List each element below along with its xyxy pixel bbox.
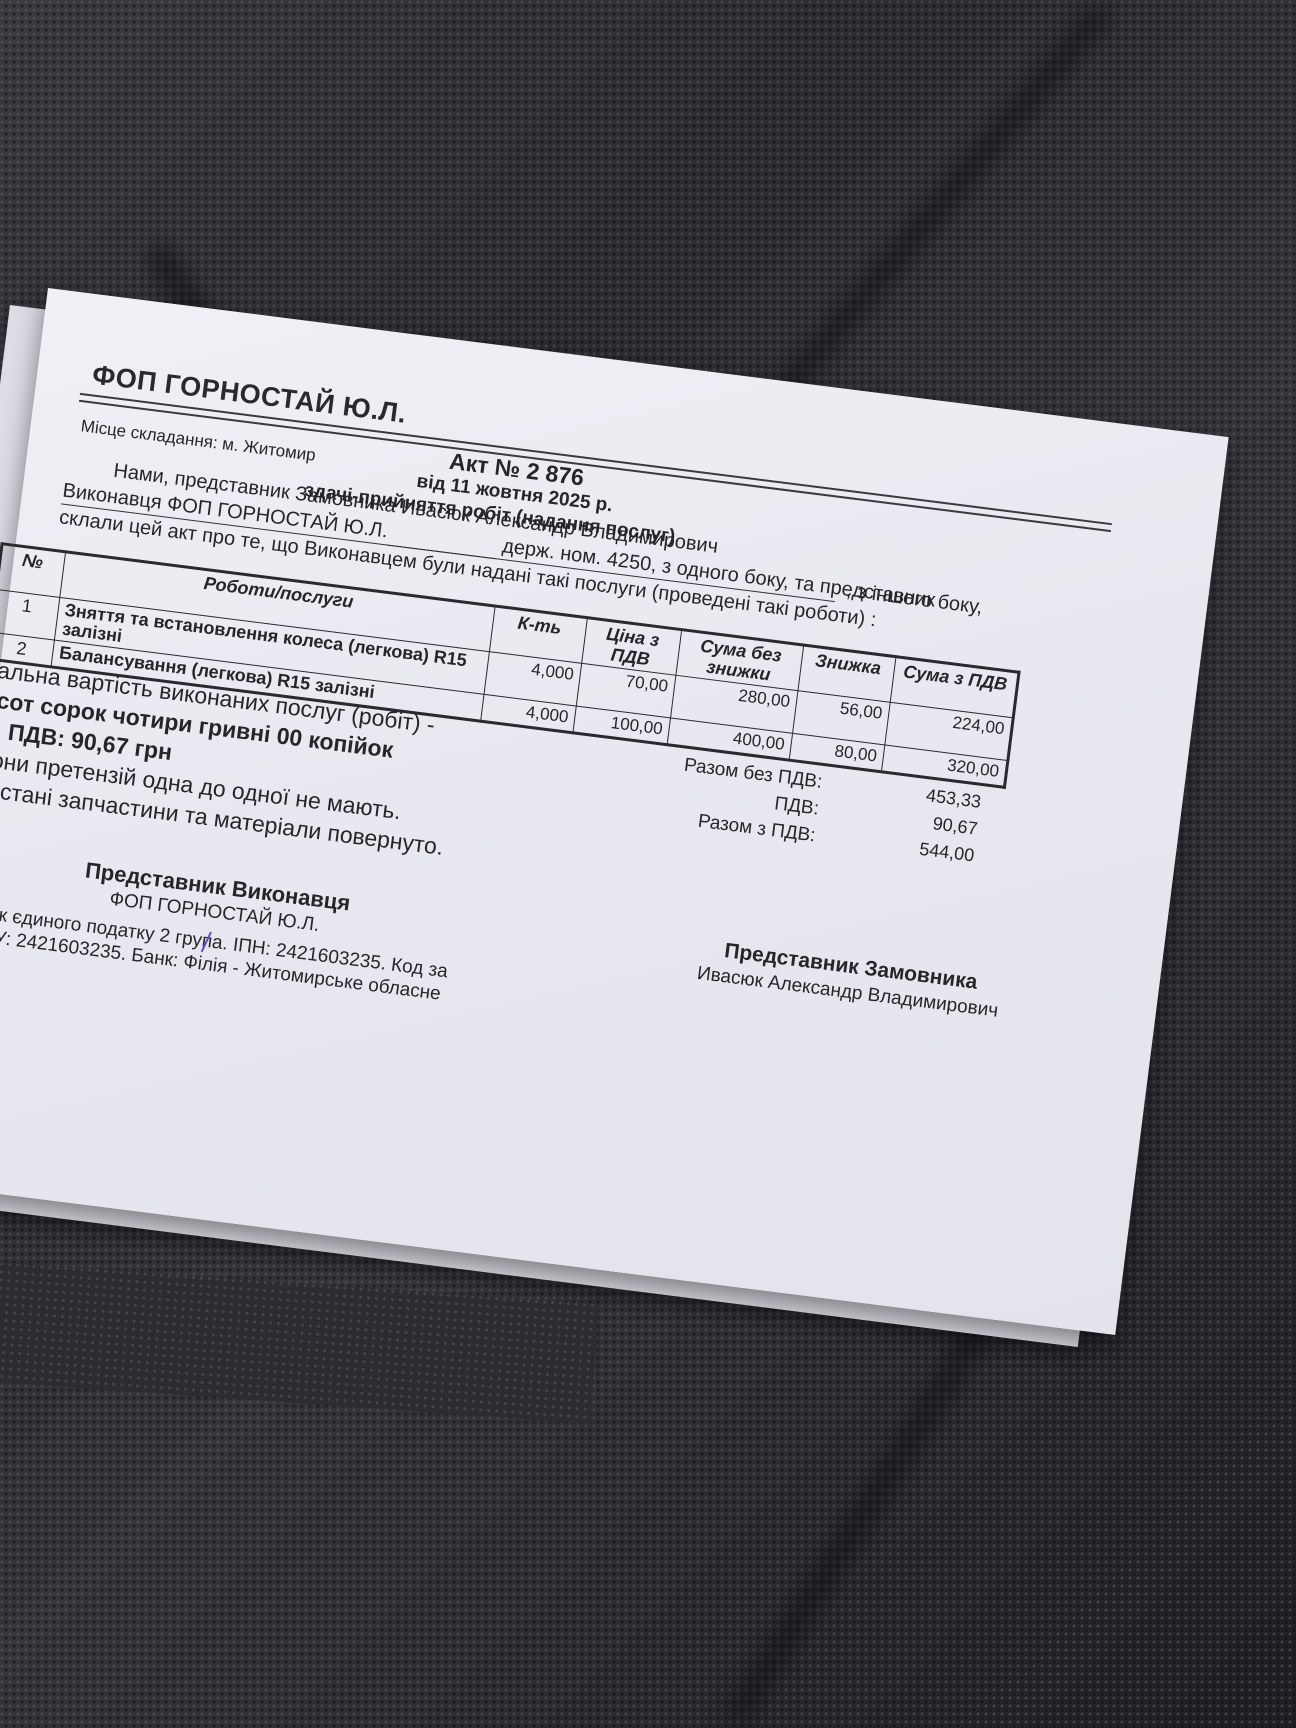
fabric-fold-over-paper xyxy=(0,1262,599,1424)
act-document: ФОП ГОРНОСТАЙ Ю.Л. Акт № 2 876 від 11 жо… xyxy=(0,288,1229,1335)
header-no: № xyxy=(0,544,66,598)
row-no: 1 xyxy=(0,589,60,640)
customer-signature-block: Представник Замовника Ивасюк Александр В… xyxy=(696,935,1003,1025)
document-body: ФОП ГОРНОСТАЙ Ю.Л. Акт № 2 876 від 11 жо… xyxy=(0,275,1090,419)
fabric-seam xyxy=(724,1273,1020,1727)
